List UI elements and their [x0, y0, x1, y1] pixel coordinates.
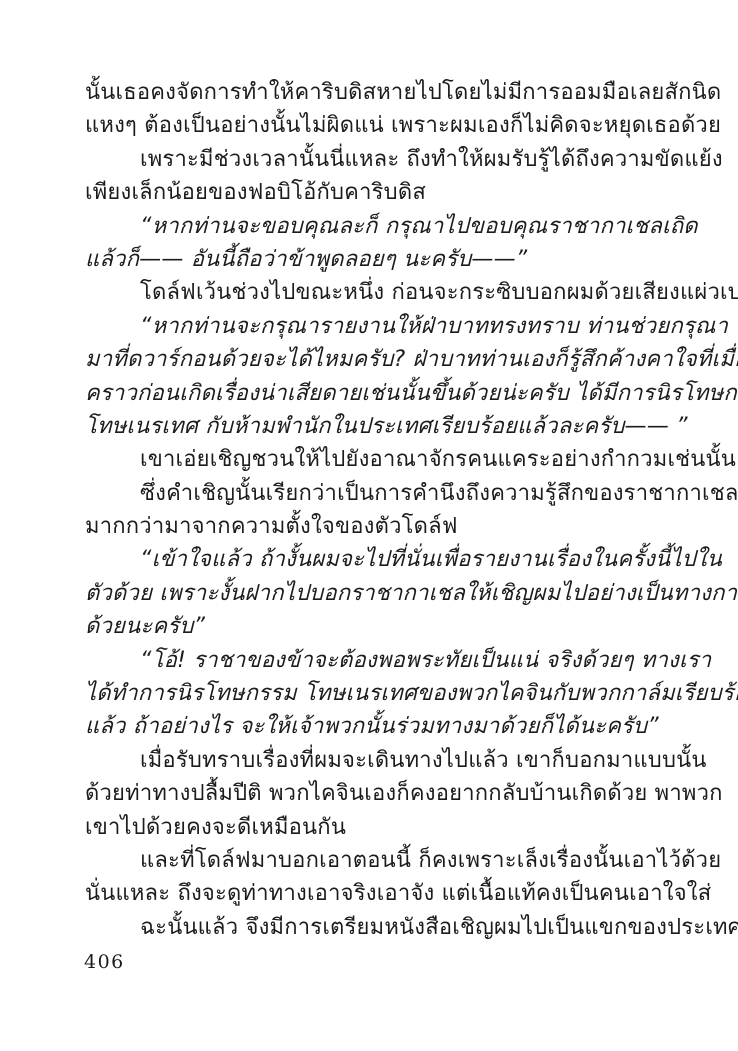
text-line: ด้วยนะครับ” — [85, 610, 660, 643]
text-line: “โอ้! ราชาของข้าจะต้องพอพระทัยเป็นแน่ จร… — [85, 644, 660, 677]
book-page: นั้นเธอคงจัดการทำให้คาริบดิสหายไปโดยไม่ม… — [0, 0, 738, 1051]
text-line: “หากท่านจะกรุณารายงานให้ฝ่าบาททรงทราบ ท่… — [85, 310, 660, 343]
text-line: แล้วก็—— อันนี้ถือว่าข้าพูดลอยๆ นะครับ——… — [85, 243, 660, 276]
text-line: ซึ่งคำเชิญนั้นเรียกว่าเป็นการคำนึงถึงควา… — [85, 477, 660, 510]
text-line: โดล์ฟเว้นช่วงไปขณะหนึ่ง ก่อนจะกระซิบบอกผ… — [85, 276, 660, 309]
text-line: ได้ทำการนิรโทษกรรม โทษเนรเทศของพวกไคจินก… — [85, 677, 660, 710]
text-line: มากกว่ามาจากความตั้งใจของตัวโดล์ฟ — [85, 510, 660, 543]
text-line: แล้ว ถ้าอย่างไร จะให้เจ้าพวกนั้นร่วมทางม… — [85, 710, 660, 743]
text-line: เพราะมีช่วงเวลานั้นนี่แหละ ถึงทำให้ผมรับ… — [85, 143, 660, 176]
text-line: นั้นเธอคงจัดการทำให้คาริบดิสหายไปโดยไม่ม… — [85, 76, 660, 109]
text-line: คราวก่อนเกิดเรื่องน่าเสียดายเช่นนั้นขึ้น… — [85, 377, 660, 410]
text-line: ด้วยท่าทางปลื้มปีติ พวกไคจินเองก็คงอยากก… — [85, 777, 660, 810]
text-line: และที่โดล์ฟมาบอกเอาตอนนี้ ก็คงเพราะเล็งเ… — [85, 844, 660, 877]
text-line: เมื่อรับทราบเรื่องที่ผมจะเดินทางไปแล้ว เ… — [85, 744, 660, 777]
text-line: มาที่ดวาร์กอนด้วยจะได้ไหมครับ? ฝ่าบาทท่า… — [85, 343, 660, 376]
text-line: เขาเอ่ยเชิญชวนให้ไปยังอาณาจักรคนแคระอย่า… — [85, 443, 660, 476]
text-line: แหงๆ ต้องเป็นอย่างนั้นไม่ผิดแน่ เพราะผมเ… — [85, 109, 660, 142]
text-block: นั้นเธอคงจัดการทำให้คาริบดิสหายไปโดยไม่ม… — [85, 76, 660, 944]
text-line: ตัวด้วย เพราะงั้นฝากไปบอกราชากาเชลให้เชิ… — [85, 577, 660, 610]
text-line: โทษเนรเทศ กับห้ามพำนักในประเทศเรียบร้อยแ… — [85, 410, 660, 443]
page-number: 406 — [84, 951, 125, 973]
text-line: “หากท่านจะขอบคุณละก็ กรุณาไปขอบคุณราชากา… — [85, 210, 660, 243]
text-line: เขาไปด้วยคงจะดีเหมือนกัน — [85, 811, 660, 844]
text-line: เพียงเล็กน้อยของฟอบิโอ้กับคาริบดิส — [85, 176, 660, 209]
text-line: ฉะนั้นแล้ว จึงมีการเตรียมหนังสือเชิญผมไป… — [85, 911, 660, 944]
text-line: “เข้าใจแล้ว ถ้างั้นผมจะไปที่นั่นเพื่อราย… — [85, 543, 660, 576]
text-line: นั่นแหละ ถึงจะดูท่าทางเอาจริงเอาจัง แต่เ… — [85, 877, 660, 910]
